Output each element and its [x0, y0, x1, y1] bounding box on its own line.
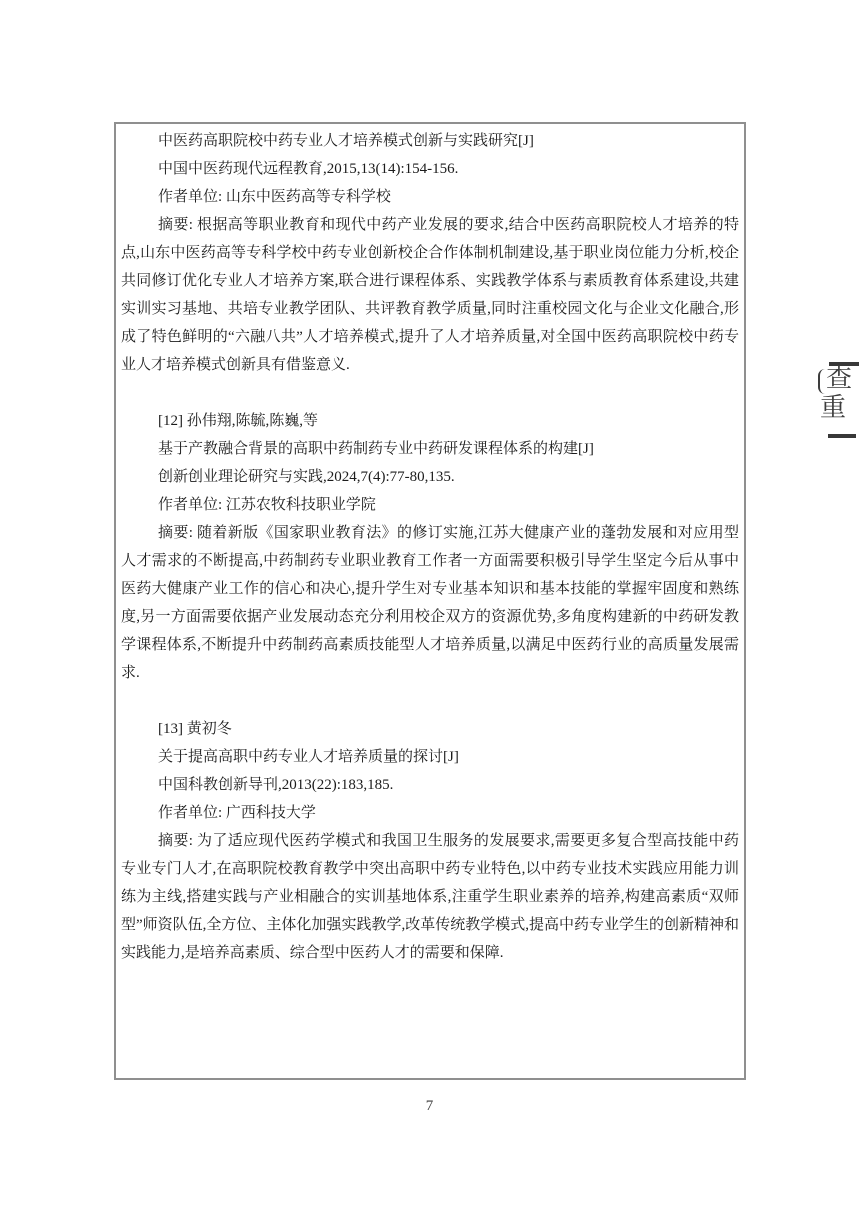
reference-entry: [12] 孙伟翔,陈毓,陈巍,等 基于产教融合背景的高职中药制药专业中药研发课程… [121, 407, 739, 687]
reference-title: 关于提高高职中药专业人才培养质量的探讨[J] [121, 743, 739, 771]
page-number: 7 [0, 1098, 859, 1115]
stamp-bottom-bar [828, 434, 856, 438]
reference-affiliation: 作者单位: 广西科技大学 [121, 799, 739, 827]
reference-affiliation: 作者单位: 江苏农牧科技职业学院 [121, 491, 739, 519]
reference-journal: 创新创业理论研究与实践,2024,7(4):77-80,135. [121, 463, 739, 491]
references-table-cell: 中医药高职院校中药专业人才培养模式创新与实践研究[J] 中国中医药现代远程教育,… [114, 122, 746, 1080]
reference-title: 基于产教融合背景的高职中药制药专业中药研发课程体系的构建[J] [121, 435, 739, 463]
reference-entry: 中医药高职院校中药专业人才培养模式创新与实践研究[J] 中国中医药现代远程教育,… [121, 127, 739, 379]
reference-title: 中医药高职院校中药专业人才培养模式创新与实践研究[J] [121, 127, 739, 155]
duplicate-check-stamp: 查 重 [817, 358, 859, 442]
reference-journal: 中国中医药现代远程教育,2015,13(14):154-156. [121, 155, 739, 183]
stamp-char-zhong: 重 [820, 395, 846, 421]
stamp-char-cha: 查 [826, 366, 852, 392]
reference-affiliation: 作者单位: 山东中医药高等专科学校 [121, 183, 739, 211]
reference-abstract: 摘要: 随着新版《国家职业教育法》的修订实施,江苏大健康产业的蓬勃发展和对应用型… [121, 519, 739, 687]
reference-abstract: 摘要: 根据高等职业教育和现代中药产业发展的要求,结合中医药高职院校人才培养的特… [121, 211, 739, 379]
reference-heading: [13] 黄初冬 [121, 715, 739, 743]
reference-entry: [13] 黄初冬 关于提高高职中药专业人才培养质量的探讨[J] 中国科教创新导刊… [121, 715, 739, 967]
reference-journal: 中国科教创新导刊,2013(22):183,185. [121, 771, 739, 799]
reference-heading: [12] 孙伟翔,陈毓,陈巍,等 [121, 407, 739, 435]
reference-abstract: 摘要: 为了适应现代医药学模式和我国卫生服务的发展要求,需要更多复合型高技能中药… [121, 827, 739, 967]
